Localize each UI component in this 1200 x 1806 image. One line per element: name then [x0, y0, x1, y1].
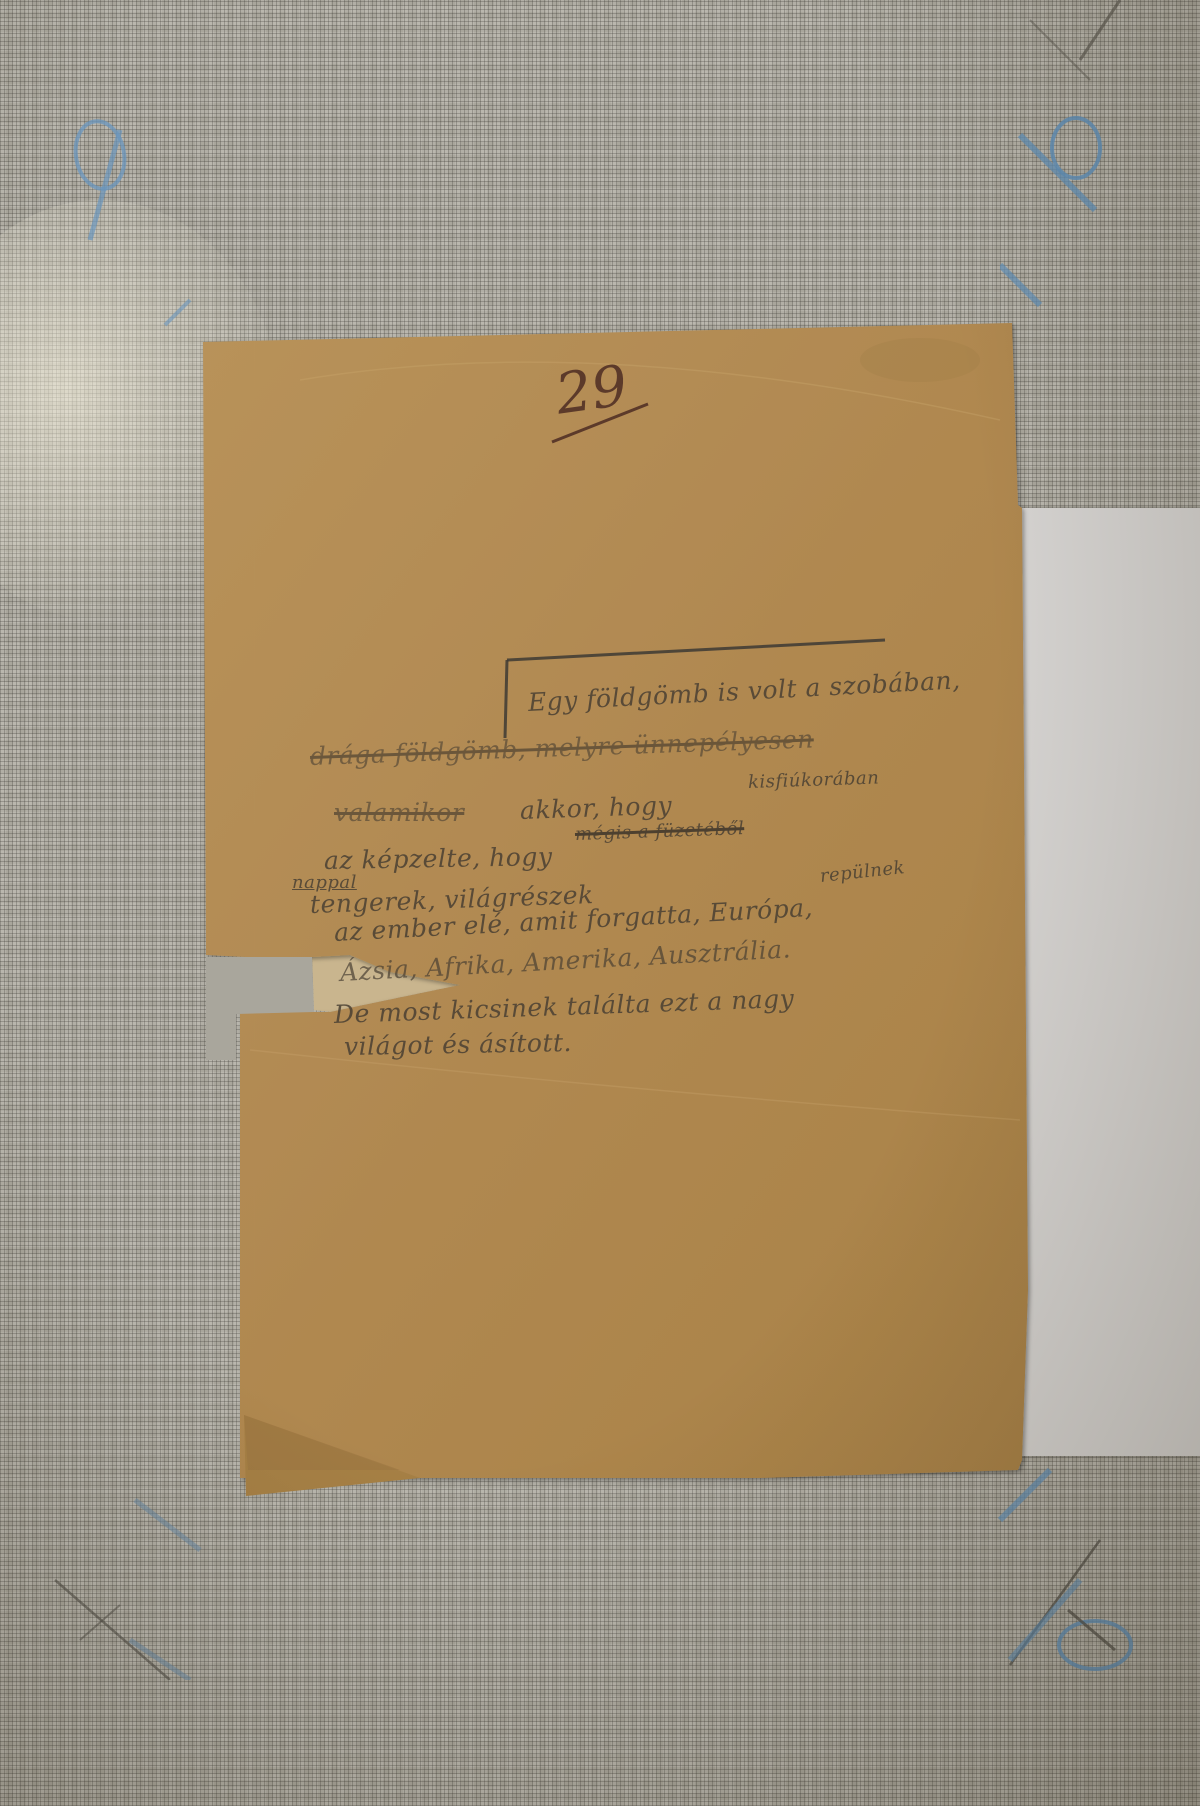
- manuscript-line-6: az ember elé, amit forgatta, Európa,: [333, 893, 813, 947]
- manuscript-line-3-struck: valamikor: [334, 798, 464, 827]
- page-number: 29: [552, 353, 632, 427]
- corner-mark-bottom-left: [40, 1440, 240, 1680]
- manuscript-insertion-2: mégis a füzetéből: [575, 818, 745, 845]
- manuscript-line-5: tengerek, világrészek: [309, 880, 594, 919]
- manuscript-page: 29 Egy földgömb is volt a szobában, drág…: [0, 0, 1200, 1806]
- photo-vignette: [0, 0, 1200, 1806]
- manuscript-line-9: világot és ásított.: [344, 1028, 572, 1061]
- light-glare: [0, 200, 280, 620]
- manuscript-line-4: az képzelte, hogy: [324, 842, 553, 875]
- manuscript-line-5b: repülnek: [819, 857, 906, 887]
- manuscript-insertion-1: kisfiúkorában: [748, 767, 880, 793]
- manuscript-line-7: Ázsia, Afrika, Amerika, Ausztrália.: [339, 934, 791, 987]
- manuscript-line-8: De most kicsinek találta ezt a nagy: [333, 984, 794, 1029]
- manuscript-line-1: Egy földgömb is volt a szobában,: [527, 665, 961, 717]
- corner-mark-top-left: [40, 100, 220, 340]
- margin-note: nappal: [292, 872, 357, 893]
- corner-mark-bottom-right: [990, 1440, 1170, 1680]
- corner-mark-top-right: [1000, 0, 1200, 320]
- manuscript-line-2-struck: drága földgömb, melyre ünnepélyesen: [309, 724, 814, 771]
- manuscript-line-3: akkor, hogy: [519, 791, 672, 825]
- white-backing-card: [1022, 508, 1200, 1456]
